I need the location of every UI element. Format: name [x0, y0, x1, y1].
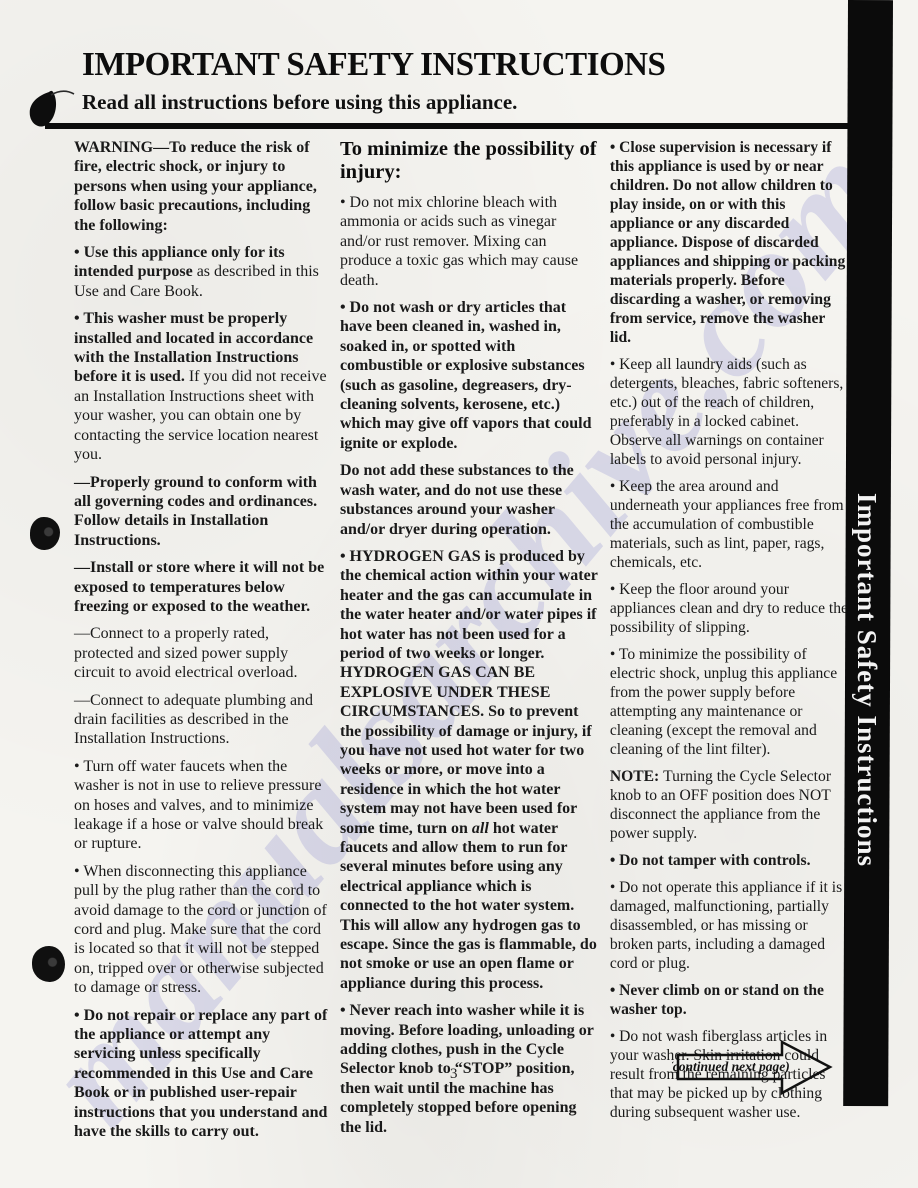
text-segment: Do not add these substances to the wash …	[340, 462, 574, 537]
paragraph: • Do not mix chlorine bleach with ammoni…	[340, 193, 598, 290]
paragraph: • Do not tamper with controls.	[610, 851, 848, 870]
text-segment: • Close supervision is necessary if this…	[610, 139, 845, 346]
page-subtitle: Read all instructions before using this …	[82, 90, 517, 115]
paragraph: • To minimize the possibility of electri…	[610, 645, 848, 759]
page-title: IMPORTANT SAFETY INSTRUCTIONS	[82, 46, 665, 84]
text-segment: • Never reach into washer while it is mo…	[340, 1002, 594, 1135]
text-segment: —Install or store where it will not be e…	[74, 559, 324, 615]
paragraph: • Use this appliance only for its intend…	[74, 243, 328, 301]
column-2: To minimize the possibility of injury:• …	[340, 138, 610, 1150]
paragraph: • Do not repair or replace any part of t…	[74, 1006, 328, 1142]
column-heading: To minimize the possibility of injury:	[340, 138, 598, 184]
text-segment: —Properly ground to conform with all gov…	[74, 474, 317, 549]
paragraph: NOTE: Turning the Cycle Selector knob to…	[610, 767, 848, 843]
paragraph: —Properly ground to conform with all gov…	[74, 473, 328, 551]
header-divider	[45, 123, 848, 129]
ink-spot-icon	[32, 946, 65, 982]
text-segment: • Never climb on or stand on the washer …	[610, 982, 824, 1018]
paragraph: WARNING—To reduce the risk of fire, elec…	[74, 138, 328, 235]
column-1: WARNING—To reduce the risk of fire, elec…	[74, 138, 340, 1150]
paragraph: • Keep the area around and underneath yo…	[610, 477, 848, 572]
text-segment: • Turn off water faucets when the washer…	[74, 758, 323, 853]
continued-next-page-arrow: (continued next page)	[672, 1038, 840, 1098]
paragraph: —Install or store where it will not be e…	[74, 558, 328, 616]
paragraph: • Never reach into washer while it is mo…	[340, 1001, 598, 1137]
text-segment: • To minimize the possibility of electri…	[610, 646, 837, 758]
text-segment: —Connect to adequate plumbing and drain …	[74, 692, 313, 748]
text-segment: • Do not operate this appliance if it is…	[610, 879, 842, 972]
paragraph: • Keep all laundry aids (such as deterge…	[610, 355, 848, 469]
text-segment: • Keep the floor around your appliances …	[610, 581, 848, 636]
text-segment: • Keep the area around and underneath yo…	[610, 478, 844, 571]
paragraph: • Close supervision is necessary if this…	[610, 138, 848, 347]
paragraph: • Do not operate this appliance if it is…	[610, 878, 848, 973]
paragraph: • Turn off water faucets when the washer…	[74, 757, 328, 854]
continued-note: (continued next page)	[672, 1059, 790, 1074]
page-number: 3	[450, 1066, 458, 1083]
text-segment: —Connect to a properly rated, protected …	[74, 625, 297, 681]
text-segment: hot water faucets and allow them to run …	[340, 820, 597, 992]
column-3: • Close supervision is necessary if this…	[610, 138, 848, 1150]
text-segment: • Do not wash or dry articles that have …	[340, 299, 592, 452]
paragraph: Do not add these substances to the wash …	[340, 461, 598, 539]
text-segment: WARNING—To reduce the risk of fire, elec…	[74, 139, 317, 234]
paragraph: —Connect to a properly rated, protected …	[74, 624, 328, 682]
ink-spot-icon	[30, 517, 60, 550]
paragraph: • Never climb on or stand on the washer …	[610, 981, 848, 1019]
paragraph: • HYDROGEN GAS is produced by the chemic…	[340, 547, 598, 993]
paragraph: • Do not wash or dry articles that have …	[340, 298, 598, 453]
sidebar-tab-label: Important Safety Instructions	[851, 493, 882, 867]
manual-page: IMPORTANT SAFETY INSTRUCTIONS Read all i…	[0, 0, 918, 1188]
text-segment: • Do not mix chlorine bleach with ammoni…	[340, 194, 578, 289]
text-segment: • Keep all laundry aids (such as deterge…	[610, 356, 844, 468]
paragraph: • This washer must be properly installed…	[74, 309, 328, 464]
body-columns: WARNING—To reduce the risk of fire, elec…	[74, 138, 848, 1150]
paragraph: • When disconnecting this appliance pull…	[74, 862, 328, 998]
paragraph: —Connect to adequate plumbing and drain …	[74, 691, 328, 749]
paragraph: • Keep the floor around your appliances …	[610, 580, 848, 637]
text-segment: • HYDROGEN GAS is produced by the chemic…	[340, 548, 598, 837]
text-segment: • Do not repair or replace any part of t…	[74, 1007, 327, 1140]
text-segment: NOTE:	[610, 768, 663, 785]
text-segment: • When disconnecting this appliance pull…	[74, 863, 327, 996]
text-segment: all	[472, 820, 489, 837]
text-segment: • Do not tamper with controls.	[610, 852, 811, 869]
